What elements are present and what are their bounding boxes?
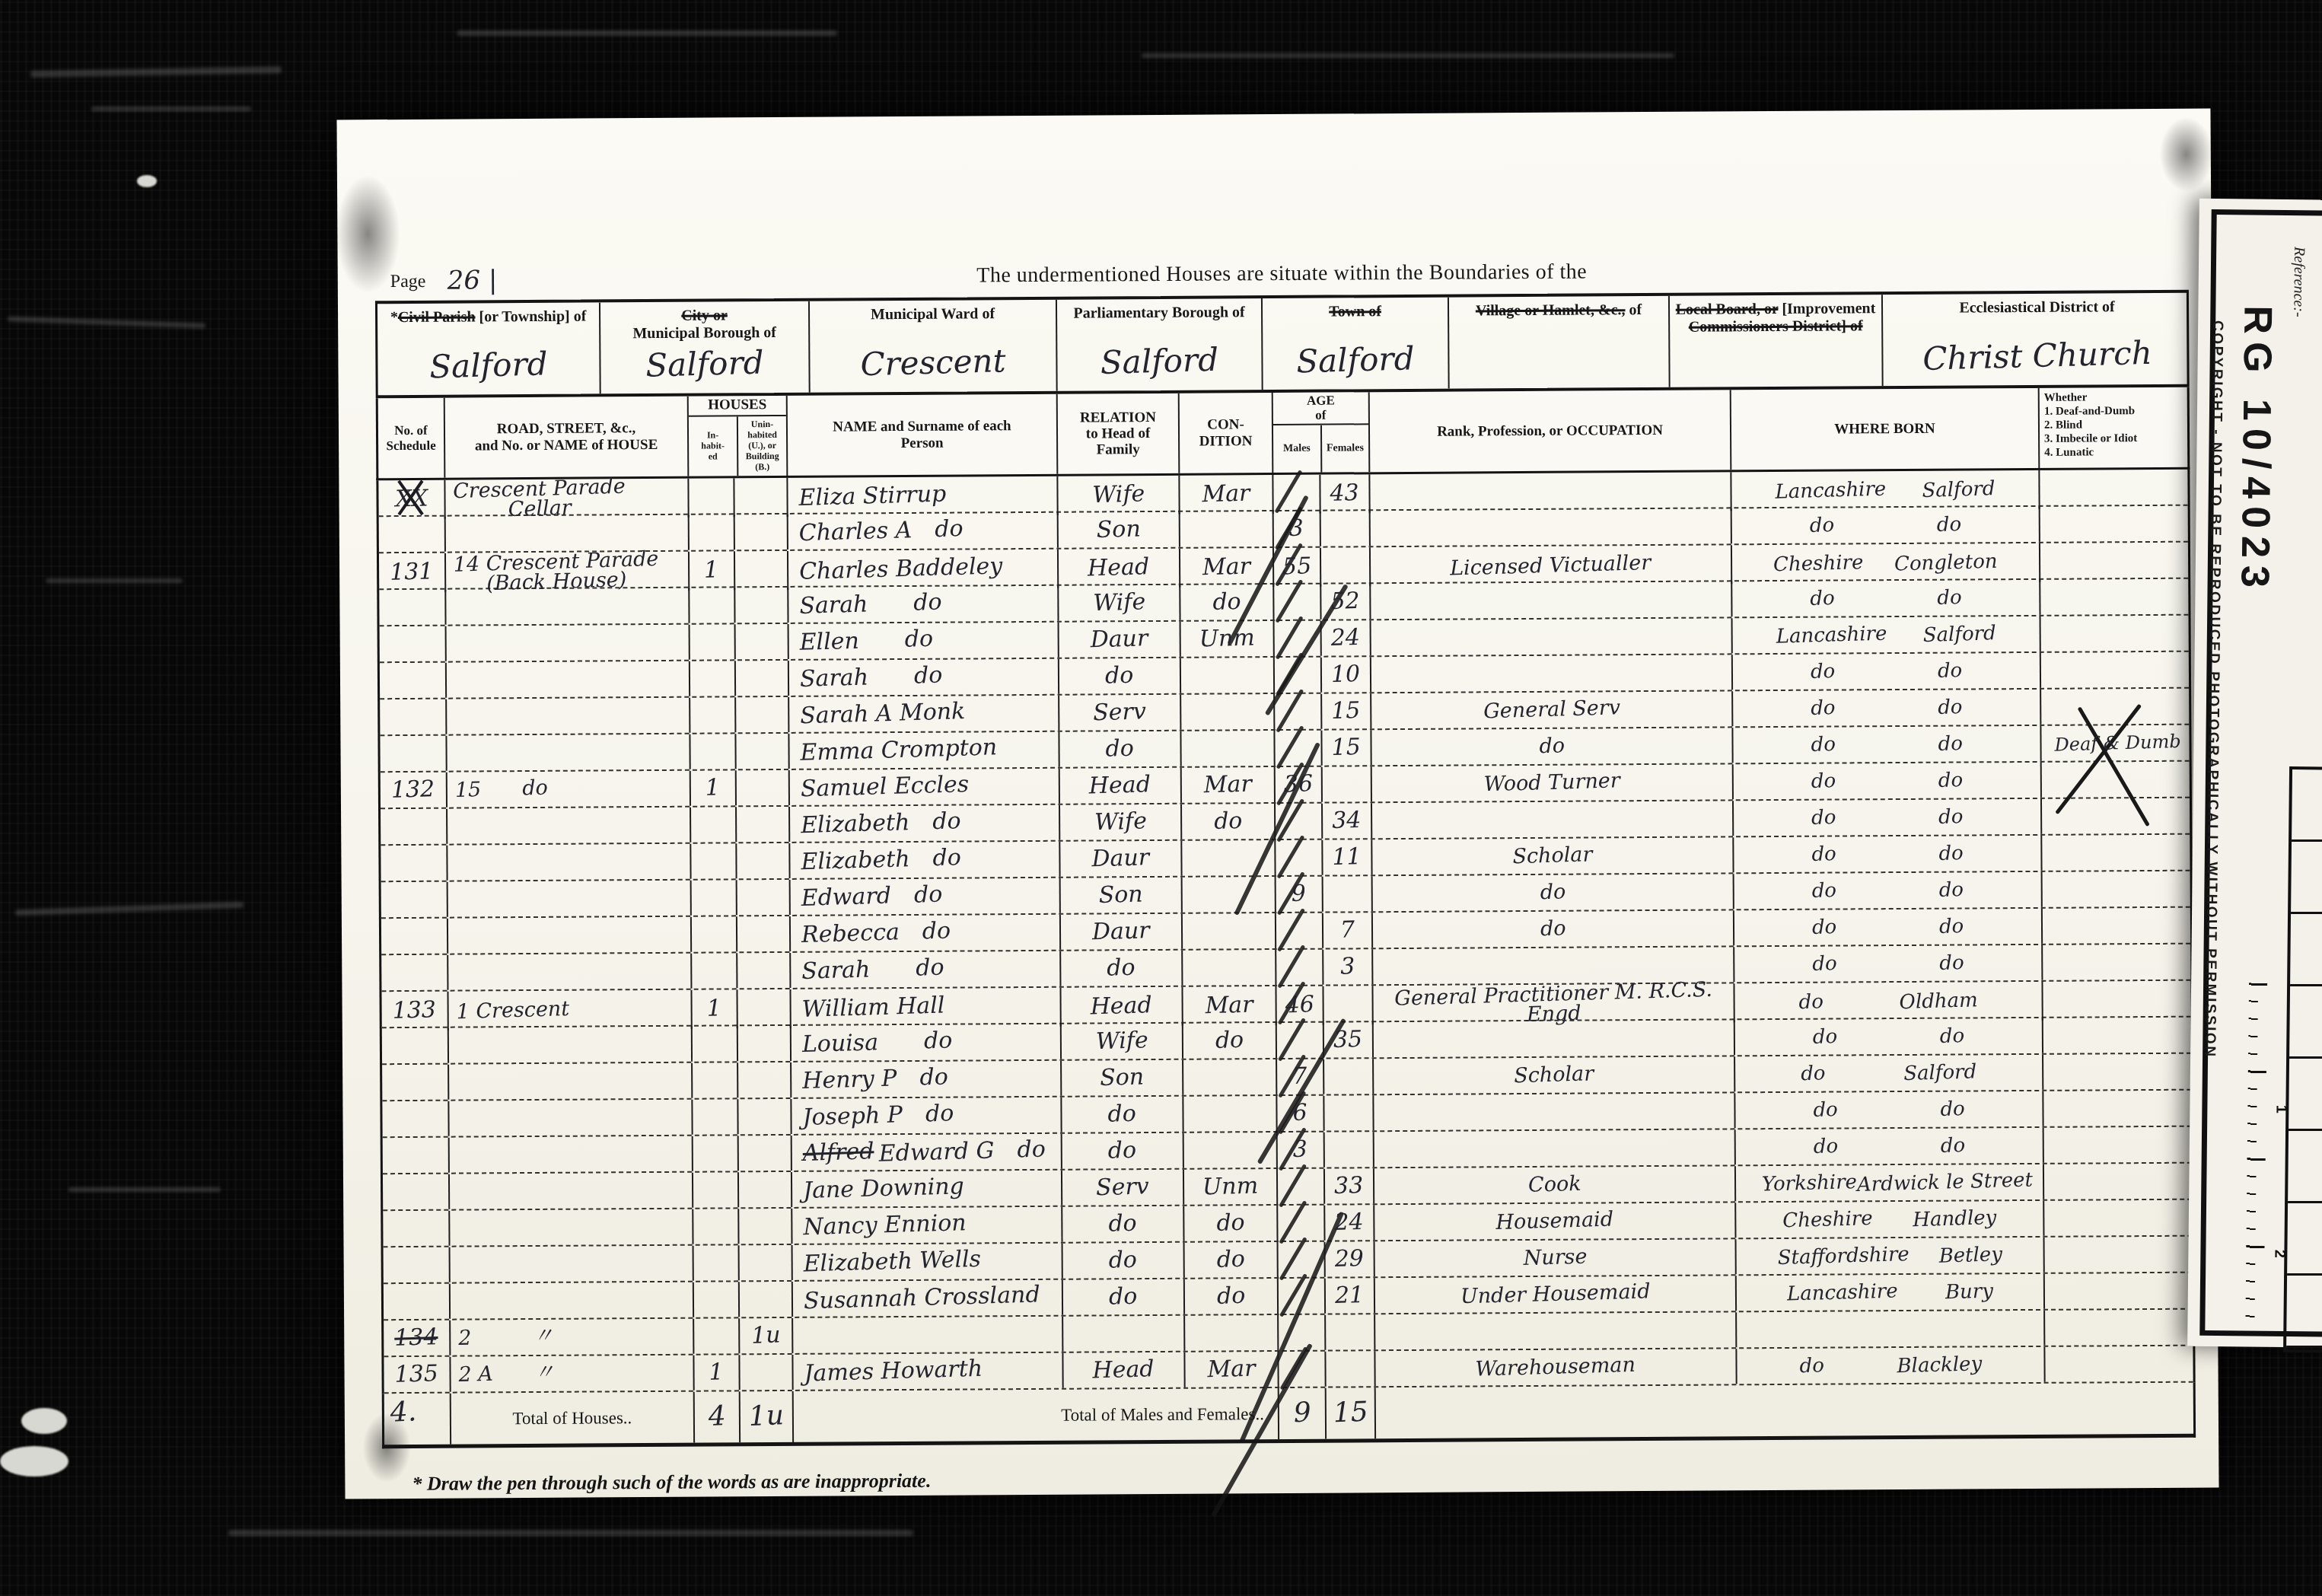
cell-schedule: [380, 736, 447, 772]
cell-remarks: [2043, 871, 2195, 907]
cell-name: Eliza Stirrup: [788, 476, 1058, 517]
cell-remarks: [2044, 1200, 2196, 1236]
cell-uninhabited: [735, 588, 788, 623]
cell-schedule: [381, 955, 448, 991]
cell-relation: do: [1062, 1206, 1184, 1242]
district-box: Village or Hamlet, &c., of: [1449, 296, 1671, 389]
cell-remarks: [2040, 470, 2192, 510]
district-box: Municipal Ward ofCrescent: [810, 300, 1058, 393]
cell-age-female: 24: [1325, 1205, 1374, 1240]
cell-condition: do: [1182, 804, 1276, 839]
col-uninhabited: Unin- habited (U.), or Building (B.): [738, 416, 786, 476]
table-header: No. of Schedule ROAD, STREET, &c., and N…: [376, 387, 2190, 481]
cell-age-male: [1278, 1169, 1325, 1204]
cell-road: [448, 917, 692, 954]
cell-occupation: Scholar: [1372, 837, 1734, 874]
cell-uninhabited: [739, 1209, 792, 1244]
cell-uninhabited: 1u: [740, 1318, 793, 1353]
col-whether-infirm: Whether 1. Deaf-and-Dumb 2. Blind 3. Imb…: [2040, 387, 2193, 468]
cell-where-born: dodo: [1734, 872, 2043, 909]
cell-relation: Head: [1060, 768, 1182, 804]
cell-schedule: [381, 846, 448, 881]
cell-uninhabited: [736, 697, 789, 732]
cell-name: Elizabeth do: [790, 842, 1060, 878]
cell-schedule: [384, 1247, 451, 1283]
cell-remarks: [2043, 908, 2195, 944]
total-houses-inhabited: 4: [695, 1391, 741, 1442]
cell-uninhabited: [740, 1282, 793, 1317]
cell-inhabited: [689, 478, 734, 518]
col-age-group: AGE of Males Females: [1273, 392, 1371, 473]
cell-condition: [1182, 840, 1276, 876]
cell-schedule: [380, 663, 447, 699]
cell-name: Louisa do: [792, 1024, 1062, 1061]
cell-inhabited: [692, 880, 737, 915]
cell-condition: Mar: [1183, 986, 1276, 1026]
cell-uninhabited: [736, 734, 789, 769]
cell-uninhabited: [735, 551, 788, 591]
cell-condition: [1185, 1315, 1279, 1351]
cell-age-male: [1276, 913, 1323, 948]
cell-age-female: 35: [1324, 1022, 1374, 1057]
cell-road: [449, 1100, 693, 1136]
cell-where-born: LancashireBury: [1737, 1274, 2045, 1311]
cell-age-female: 43: [1320, 474, 1370, 514]
cell-age-female: 7: [1323, 913, 1373, 948]
cell-name: Susannah Crossland: [793, 1280, 1063, 1317]
cell-age-female: [1326, 1314, 1375, 1349]
cell-age-male: [1279, 1352, 1326, 1387]
cell-schedule: 135: [384, 1357, 451, 1393]
cell-inhabited: 1: [691, 770, 737, 805]
cell-condition: [1183, 1059, 1277, 1095]
cell-age-female: 11: [1323, 839, 1372, 874]
district-box: Parliamentary Borough ofSalford: [1057, 298, 1263, 391]
cell-where-born: dodo: [1735, 1018, 2043, 1055]
cell-where-born: dodo: [1734, 836, 2042, 872]
cell-remarks: [2042, 762, 2194, 798]
form-footnote: * Draw the pen through such of the words…: [412, 1470, 931, 1496]
cell-uninhabited: [736, 661, 789, 696]
cell-inhabited: [693, 1209, 739, 1244]
totals-margin: 4.: [384, 1394, 451, 1445]
cell-condition: [1181, 658, 1275, 693]
cell-road: [450, 1173, 693, 1209]
cell-remarks: [2042, 798, 2194, 834]
cell-inhabited: [693, 1099, 738, 1134]
cell-relation: [1063, 1316, 1185, 1352]
film-artifact: [1142, 53, 1674, 58]
cell-age-female: [1323, 766, 1372, 801]
district-box: Ecclesiastical District ofChrist Church: [1883, 293, 2192, 386]
cell-inhabited: [691, 843, 737, 878]
cell-age-male: 3: [1278, 1132, 1325, 1168]
cell-relation: do: [1063, 1243, 1185, 1279]
cell-relation: Daur: [1059, 622, 1181, 658]
district-value: Salford: [377, 343, 600, 387]
cell-uninhabited: [737, 916, 791, 951]
cell-road: 2 A 〃: [451, 1355, 694, 1392]
cell-uninhabited: [738, 1026, 792, 1061]
cell-age-male: [1275, 621, 1322, 656]
cell-where-born: StaffordshireBetley: [1737, 1238, 2045, 1274]
col-schedule: No. of Schedule: [378, 398, 446, 479]
cell-schedule: [382, 1065, 449, 1101]
cell-age-male: 3: [1274, 511, 1321, 546]
cell-occupation: [1372, 801, 1734, 838]
cell-uninhabited: [737, 880, 791, 915]
cell-inhabited: [690, 661, 736, 696]
cell-remarks: [2041, 652, 2193, 688]
cell-road: [448, 954, 692, 990]
cell-name: Rebecca do: [791, 915, 1061, 951]
cell-age-male: [1277, 1023, 1324, 1058]
cell-occupation: do: [1373, 874, 1734, 911]
cell-age-male: [1279, 1315, 1326, 1350]
census-form-paper: Page 26 | The undermentioned Houses are …: [336, 108, 2218, 1499]
film-artifact: [0, 1446, 68, 1477]
cell-age-female: 15: [1322, 730, 1371, 765]
cell-relation: Daur: [1061, 914, 1183, 950]
cell-age-female: 33: [1325, 1168, 1374, 1203]
cell-age-female: 21: [1326, 1278, 1375, 1313]
col-condition: CON- DITION: [1180, 393, 1274, 473]
district-box: Local Board, or [ImprovementCommissioner…: [1670, 295, 1884, 387]
cell-name: Ellen do: [789, 623, 1059, 659]
cell-where-born: dodo: [1732, 507, 2040, 543]
cell-road: [449, 1027, 693, 1063]
cell-occupation: Under Housemaid: [1375, 1276, 1737, 1313]
cell-condition: do: [1180, 585, 1274, 620]
cell-condition: do: [1184, 1206, 1278, 1241]
cell-condition: do: [1185, 1242, 1279, 1278]
cell-inhabited: [693, 1136, 739, 1171]
cell-age-male: 9: [1276, 877, 1323, 912]
cell-relation: Serv: [1062, 1170, 1184, 1206]
cell-age-male: 6: [1277, 1096, 1324, 1131]
cell-age-female: 29: [1326, 1241, 1375, 1276]
cell-relation: do: [1062, 1133, 1184, 1169]
col-where-born: WHERE BORN: [1731, 388, 2040, 470]
cell-inhabited: [690, 514, 735, 550]
cell-schedule: [379, 590, 446, 626]
cell-road: [446, 588, 690, 625]
col-houses: HOUSES: [689, 396, 786, 417]
cell-condition: Mar: [1180, 475, 1273, 514]
cell-age-male: [1278, 1206, 1325, 1241]
cell-relation: Wife: [1059, 585, 1180, 621]
cell-inhabited: [690, 697, 736, 732]
cell-name: Charles A do: [788, 513, 1059, 550]
cell-name: Edward do: [791, 878, 1061, 915]
cell-condition: [1181, 731, 1275, 766]
col-name: NAME and Surname of each Person: [788, 394, 1059, 476]
cell-schedule: [383, 1138, 450, 1174]
cell-condition: [1184, 1132, 1278, 1168]
ruler: [2245, 983, 2272, 1339]
film-artifact: [137, 175, 157, 187]
cell-schedule: 134: [384, 1320, 451, 1356]
film-artifact: [8, 316, 205, 328]
cell-remarks: [2044, 1164, 2196, 1199]
cell-occupation: Licensed Victualler: [1371, 545, 1732, 586]
total-females: 15: [1327, 1387, 1376, 1438]
cell-remarks: [2040, 579, 2193, 615]
cell-relation: Head: [1063, 1352, 1185, 1388]
cell-name: Emma Crompton: [789, 732, 1059, 769]
district-box-label: Municipal Ward of: [810, 300, 1056, 324]
cell-relation: do: [1061, 951, 1183, 986]
cell-condition: Mar: [1180, 548, 1274, 588]
film-artifact: [68, 1187, 221, 1192]
cell-relation: do: [1062, 1097, 1183, 1132]
cell-name: AlfredEdward G do: [792, 1134, 1062, 1171]
cell-inhabited: 1: [692, 989, 737, 1029]
cell-name: Jane Downing: [792, 1171, 1062, 1207]
film-artifact: [228, 1530, 913, 1536]
cell-condition: [1183, 913, 1276, 949]
cell-where-born: dodo: [1733, 690, 2041, 726]
cell-road: [449, 1063, 693, 1100]
district-value: Salford: [1263, 339, 1448, 381]
col-occupation: Rank, Profession, or OCCUPATION: [1370, 390, 1732, 472]
reference-label: Reference:-: [2289, 247, 2308, 317]
cell-occupation: Scholar: [1374, 1056, 1735, 1094]
cell-age-female: 24: [1322, 620, 1371, 655]
cell-relation: do: [1059, 731, 1181, 767]
table-body: XXCrescent Parade CellarEliza StirrupWif…: [376, 470, 2195, 1394]
cell-inhabited: [694, 1245, 740, 1280]
cell-relation: Wife: [1058, 476, 1180, 515]
cell-inhabited: 1: [690, 551, 735, 591]
cell-where-born: [1737, 1311, 2045, 1347]
cell-uninhabited: [738, 1062, 792, 1097]
district-box-label: Ecclesiastical District of: [1883, 293, 2191, 317]
cell-name: Joseph P do: [792, 1097, 1062, 1134]
cell-name: Sarah do: [791, 951, 1061, 988]
district-header-row: *Civil Parish [or Township] ofSalfordCit…: [375, 290, 2190, 399]
cell-remarks: [2045, 1346, 2197, 1382]
cell-schedule: [380, 699, 447, 735]
cell-age-female: 15: [1322, 693, 1371, 728]
cell-relation: Serv: [1059, 695, 1181, 731]
cell-age-female: [1321, 547, 1371, 587]
cell-remarks: [2040, 506, 2193, 542]
cell-remarks: [2044, 1127, 2196, 1163]
district-box: City orMunicipal Borough ofSalford: [600, 301, 811, 394]
cell-inhabited: [694, 1318, 740, 1353]
cell-age-female: [1324, 1059, 1374, 1094]
cell-inhabited: [692, 916, 737, 951]
cell-relation: Son: [1062, 1060, 1183, 1096]
district-box: *Civil Parish [or Township] ofSalford: [377, 302, 601, 395]
cell-relation: do: [1063, 1279, 1185, 1315]
cell-age-male: [1275, 658, 1322, 693]
cell-name: Charles Baddeley: [788, 550, 1059, 590]
cell-where-born: doBlackley: [1737, 1347, 2045, 1384]
cell-inhabited: [693, 1062, 738, 1097]
cell-age-female: 52: [1321, 584, 1371, 619]
cell-road: [447, 734, 690, 771]
page-title: The undermentioned Houses are situate wi…: [375, 258, 2189, 291]
total-houses-label: Total of Houses..: [451, 1392, 695, 1445]
district-value: [1450, 374, 1669, 381]
cell-inhabited: [690, 624, 736, 659]
cell-road: [447, 661, 690, 698]
cell-schedule: [379, 517, 446, 553]
cell-uninhabited: [739, 1172, 792, 1207]
cell-uninhabited: [740, 1355, 793, 1390]
cell-condition: [1183, 877, 1276, 913]
cell-road: 2 〃: [451, 1319, 694, 1355]
cell-age-female: [1321, 511, 1371, 546]
cell-age-male: [1275, 694, 1322, 729]
totals-row: 4. Total of Houses.. 4 1u Total of Males…: [382, 1383, 2196, 1449]
cell-uninhabited: [737, 807, 790, 842]
district-box-label: Local Board, or [ImprovementCommissioner…: [1670, 295, 1881, 336]
cell-occupation: Cook: [1374, 1166, 1736, 1203]
col-age: AGE of: [1273, 392, 1368, 425]
district-value: Salford: [600, 342, 809, 385]
cell-schedule: [381, 809, 448, 845]
cell-condition: [1183, 1096, 1277, 1132]
cell-schedule: [382, 1028, 449, 1064]
district-box-label: Parliamentary Borough of: [1057, 298, 1261, 323]
film-artifact: [457, 30, 837, 36]
cell-where-born: dodo: [1734, 763, 2042, 799]
totals-empty: [1376, 1383, 2198, 1439]
cell-schedule: [381, 919, 448, 954]
cell-remarks: [2043, 981, 2195, 1021]
cell-condition: do: [1183, 1023, 1277, 1059]
cell-where-born: dodo: [1736, 1128, 2044, 1164]
total-males: 9: [1279, 1388, 1327, 1439]
cell-where-born: dodo: [1734, 799, 2042, 836]
film-artifact: [91, 107, 251, 111]
cell-relation: Head: [1059, 549, 1180, 588]
district-box-label: Town of: [1263, 298, 1448, 321]
cell-inhabited: [694, 1282, 740, 1317]
cell-road: [448, 808, 691, 844]
cell-relation: Wife: [1060, 804, 1182, 840]
cell-remarks: [2040, 543, 2193, 583]
cell-road: [451, 1282, 694, 1319]
cell-inhabited: [690, 588, 735, 623]
film-artifact: [46, 578, 183, 583]
district-box: Town ofSalford: [1263, 298, 1450, 390]
cell-remarks: [2043, 1018, 2196, 1053]
cell-where-born: dodo: [1733, 653, 2041, 690]
district-value: Crescent: [810, 340, 1056, 384]
cell-road: [447, 698, 690, 734]
cell-where-born: dodo: [1734, 909, 2043, 945]
cell-name: Sarah do: [789, 659, 1059, 696]
cell-remarks: [2043, 1091, 2196, 1126]
cell-inhabited: [693, 1026, 738, 1061]
cell-occupation: [1371, 655, 1733, 692]
cell-schedule: [380, 626, 447, 662]
cell-schedule: 133: [381, 992, 448, 1031]
cell-uninhabited: [737, 843, 790, 878]
cell-road: Crescent Parade Cellar: [445, 479, 689, 519]
cell-road: [450, 1136, 693, 1173]
cell-schedule: 131: [379, 553, 446, 593]
cell-road: [450, 1209, 693, 1246]
cell-occupation: [1371, 618, 1733, 655]
cell-schedule: [384, 1284, 451, 1320]
cell-road: [446, 515, 690, 552]
cell-age-male: [1279, 1279, 1326, 1314]
cell-age-female: [1323, 986, 1373, 1025]
cell-uninhabited: [737, 953, 791, 988]
col-road: ROAD, STREET, &c., and No. or NAME of HO…: [445, 397, 690, 478]
cell-condition: [1181, 694, 1275, 730]
cell-name: Elizabeth Wells: [793, 1244, 1063, 1280]
film-artifact: [30, 66, 282, 78]
district-value: Christ Church: [1883, 333, 2192, 378]
cell-where-born: dodo: [1732, 580, 2040, 616]
cell-where-born: CheshireHandley: [1736, 1201, 2044, 1238]
cell-remarks: Deaf & Dumb: [2041, 725, 2193, 761]
cell-where-born: CheshireCongleton: [1732, 543, 2040, 585]
cell-occupation: Wood Turner: [1372, 764, 1734, 801]
cell-road: [448, 844, 691, 881]
cell-uninhabited: [738, 1099, 792, 1134]
cell-where-born: doSalford: [1735, 1055, 2043, 1091]
col-relation: RELATION to Head of Family: [1058, 393, 1180, 474]
cell-occupation: [1374, 1020, 1735, 1057]
cell-uninhabited: [735, 514, 788, 550]
cell-schedule: [383, 1174, 450, 1210]
cell-where-born: LancashireSalford: [1731, 470, 2040, 511]
cell-name: Nancy Ennion: [792, 1207, 1062, 1244]
cell-occupation: [1374, 1093, 1735, 1130]
cell-uninhabited: [740, 1245, 793, 1280]
cell-age-male: [1276, 950, 1323, 985]
total-houses-uninhabited: 1u: [741, 1391, 794, 1442]
cell-occupation: Housemaid: [1374, 1203, 1736, 1240]
district-box-label: City orMunicipal Borough of: [600, 301, 808, 343]
cell-age-male: [1274, 585, 1321, 620]
district-box-label: Village or Hamlet, &c., of: [1449, 296, 1668, 320]
cell-occupation: [1375, 1312, 1737, 1349]
cell-condition: do: [1185, 1279, 1279, 1314]
cell-inhabited: 1: [694, 1355, 740, 1390]
cell-occupation: General Practitioner M. R.C.S. Engd: [1373, 983, 1734, 1024]
district-box-label: *Civil Parish [or Township] of: [377, 302, 599, 327]
col-houses-group: HOUSES In- habit- ed Unin- habited (U.),…: [689, 396, 788, 476]
cell-schedule: [382, 1101, 449, 1137]
total-males-females-label: Total of Males and Females..: [794, 1388, 1279, 1442]
cell-remarks: [2043, 945, 2195, 980]
cell-name: Sarah A Monk: [789, 696, 1059, 732]
district-value: [1671, 373, 1882, 379]
cell-uninhabited: [737, 770, 790, 805]
cell-uninhabited: [739, 1136, 792, 1171]
cell-age-male: [1275, 731, 1322, 766]
cell-where-born: LancashireSalford: [1733, 616, 2041, 653]
cell-condition: Mar: [1182, 767, 1276, 803]
cell-name: Samuel Eccles: [790, 769, 1060, 805]
cell-age-female: 34: [1323, 803, 1372, 838]
cell-occupation: [1371, 581, 1732, 619]
cell-occupation: [1374, 1129, 1736, 1167]
cell-road: 14 Crescent Parade (Back House): [446, 552, 690, 592]
cell-name: [793, 1317, 1063, 1353]
cell-schedule: [383, 1211, 450, 1247]
cell-age-female: [1326, 1351, 1375, 1386]
col-females: Females: [1321, 425, 1368, 473]
